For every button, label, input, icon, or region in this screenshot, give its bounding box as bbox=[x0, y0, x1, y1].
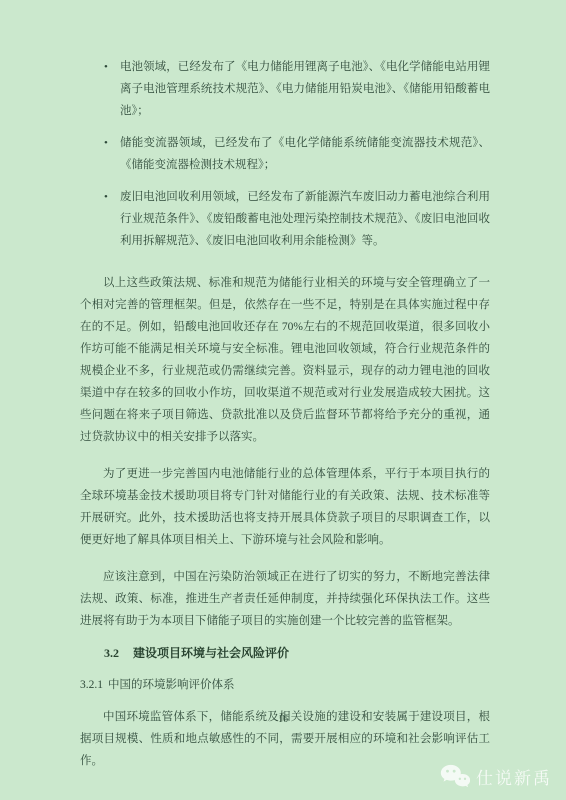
paragraph: 以上这些政策法规、标准和规范为储能行业相关的环境与安全管理确立了一个相对完善的管… bbox=[80, 272, 490, 448]
subsection-title: 中国的环境影响评价体系 bbox=[108, 679, 235, 691]
page-number: 16 bbox=[0, 714, 566, 725]
list-item: • 电池领域，已经发布了《电力储能用锂离子电池》、《电化学储能电站用锂离子电池管… bbox=[80, 56, 490, 122]
list-item: • 储能变流器领域，已经发布了《电化学储能系统储能变流器技术规范》、《储能变流器… bbox=[80, 132, 490, 176]
bullet-icon: • bbox=[104, 186, 108, 208]
subsection-number: 3.2.1 bbox=[80, 679, 103, 691]
document-page: • 电池领域，已经发布了《电力储能用锂离子电池》、《电化学储能电站用锂离子电池管… bbox=[0, 0, 566, 800]
section-title: 建设项目环境与社会风险评价 bbox=[133, 646, 289, 660]
watermark: 仕说新禹 bbox=[440, 763, 552, 790]
section-number: 3.2 bbox=[104, 646, 119, 660]
subsection-heading: 3.2.1中国的环境影响评价体系 bbox=[80, 674, 490, 696]
bullet-icon: • bbox=[104, 56, 108, 78]
section-heading: 3.2建设项目环境与社会风险评价 bbox=[104, 642, 490, 664]
bullet-text: 储能变流器领域，已经发布了《电化学储能系统储能变流器技术规范》、《储能变流器检测… bbox=[120, 137, 490, 171]
list-item: • 废旧电池回收利用领域，已经发布了新能源汽车废旧动力蓄电池综合利用行业规范条件… bbox=[80, 186, 490, 252]
wechat-icon bbox=[440, 763, 470, 790]
bullet-list: • 电池领域，已经发布了《电力储能用锂离子电池》、《电化学储能电站用锂离子电池管… bbox=[80, 56, 490, 252]
bullet-icon: • bbox=[104, 132, 108, 154]
paragraph: 应该注意到，中国在污染防治领域正在进行了切实的努力，不断地完善法律法规、政策、标… bbox=[80, 566, 490, 632]
bullet-text: 废旧电池回收利用领域，已经发布了新能源汽车废旧动力蓄电池综合利用行业规范条件》、… bbox=[120, 191, 490, 247]
watermark-text: 仕说新禹 bbox=[476, 764, 552, 789]
bullet-text: 电池领域，已经发布了《电力储能用锂离子电池》、《电化学储能电站用锂离子电池管理系… bbox=[120, 61, 490, 117]
paragraph: 为了更进一步完善国内电池储能行业的总体管理体系，平行于本项目执行的全球环境基金技… bbox=[80, 463, 490, 551]
